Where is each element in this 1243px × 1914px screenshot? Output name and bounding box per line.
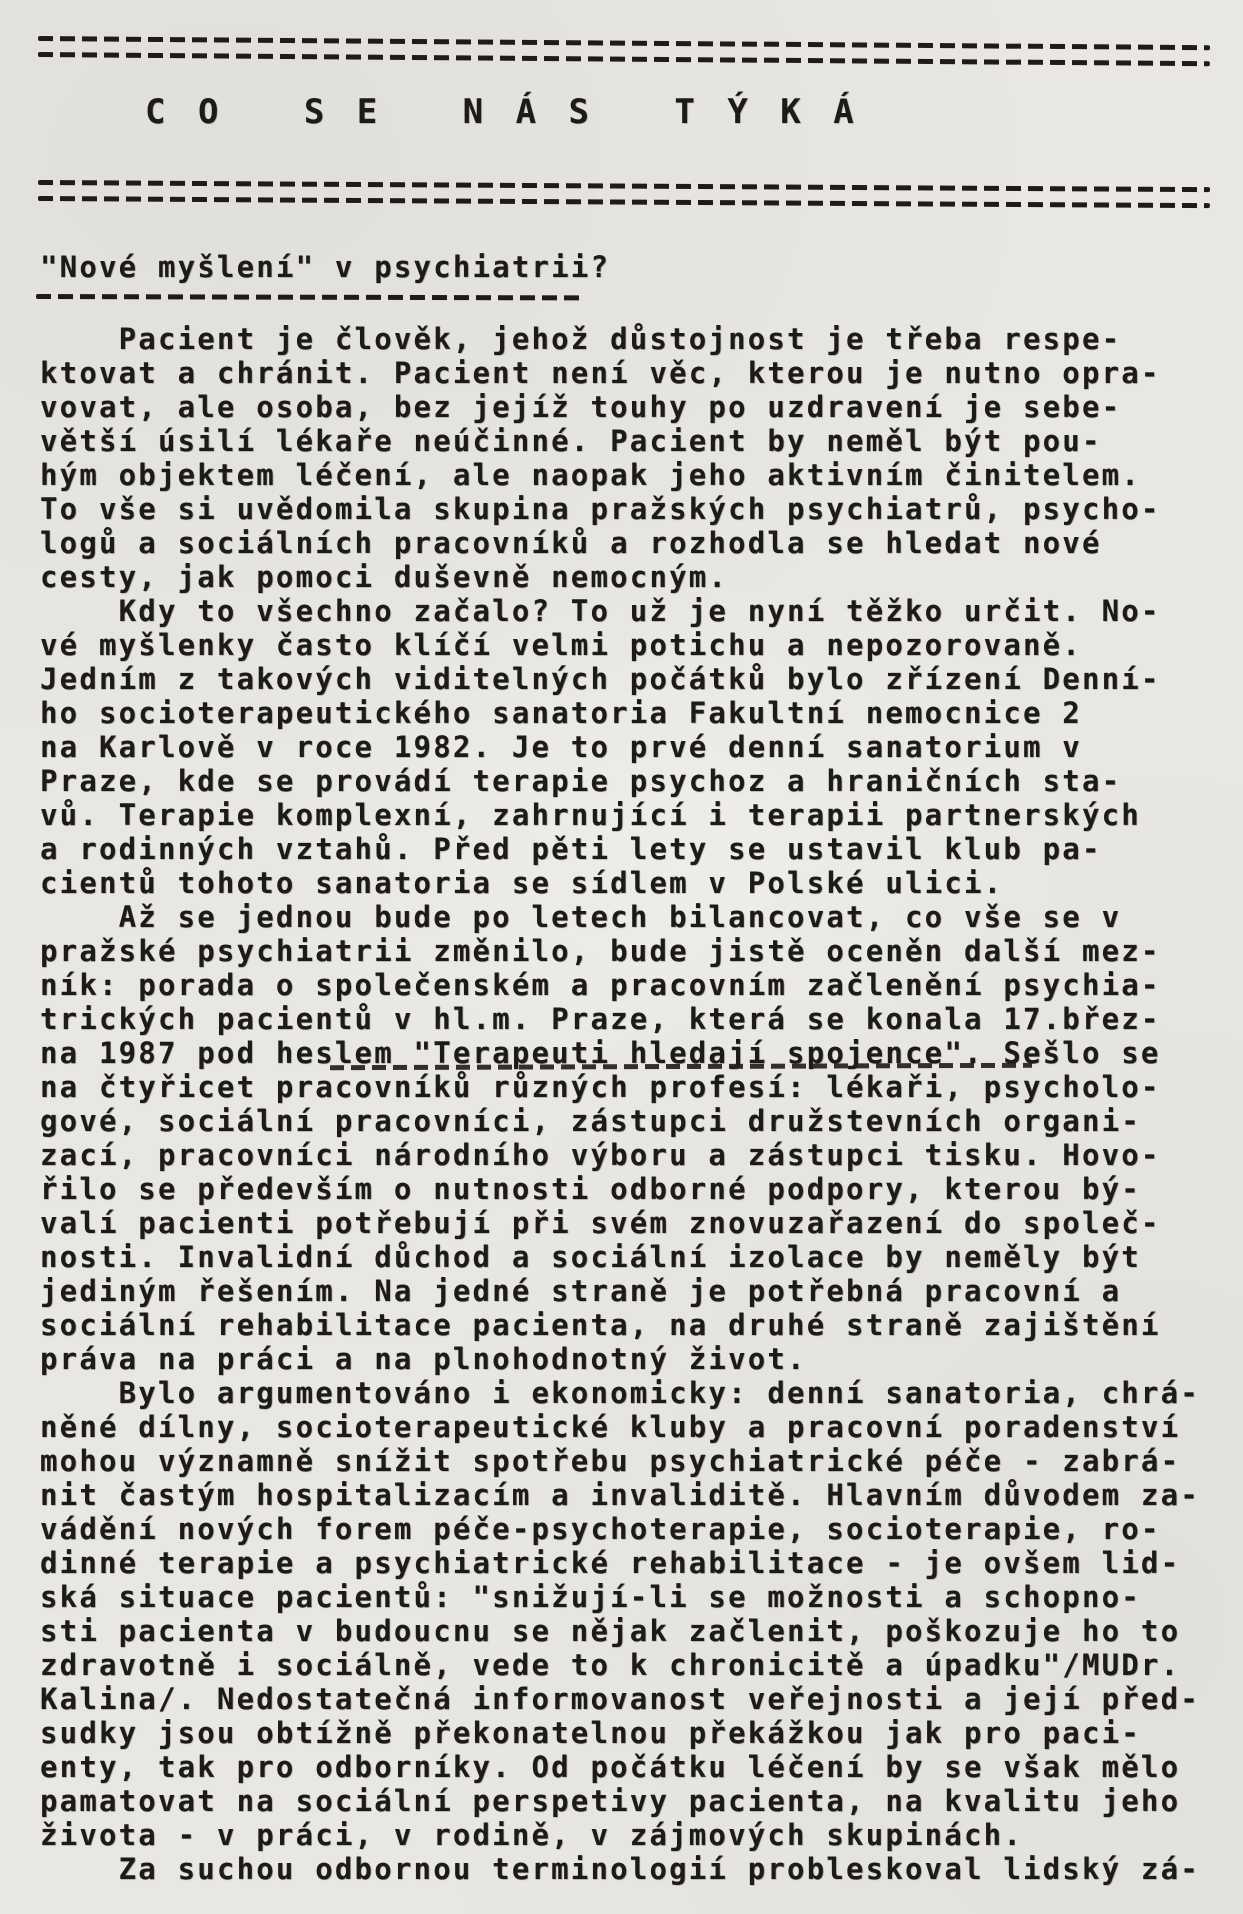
text-line: To vše si uvědomila skupina pražských ps… <box>40 492 1225 526</box>
text-line: Praze, kde se provádí terapie psychoz a … <box>40 764 1225 798</box>
paragraph-2: Kdy to všechno začalo? To už je nyní těž… <box>40 594 1225 900</box>
text-line: zací, pracovníci národního výboru a zást… <box>40 1138 1225 1172</box>
text-line: jediným řešením. Na jedné straně je potř… <box>40 1274 1225 1308</box>
text-line: řilo se především o nutnosti odborné pod… <box>40 1172 1225 1206</box>
text-line: na Karlově v roce 1982. Je to prvé denní… <box>40 730 1225 764</box>
text-line: Kdy to všechno začalo? To už je nyní těž… <box>40 594 1225 628</box>
text-line: dinné terapie a psychiatrické rehabilita… <box>40 1546 1225 1580</box>
text-line: života - v práci, v rodině, v zájmových … <box>40 1818 1225 1852</box>
text-line: ktovat a chránit. Pacient není věc, kter… <box>40 356 1225 390</box>
dash-row <box>38 36 1210 50</box>
section-header-title: C O S E N Á S T Ý K Á <box>145 92 860 132</box>
text-line: práva na práci a na plnohodnotný život. <box>40 1342 1225 1376</box>
text-line: vádění nových forem péče-psychoterapie, … <box>40 1512 1225 1546</box>
text-line: cientů tohoto sanatoria se sídlem v Pols… <box>40 866 1225 900</box>
text-line: zdravotně i sociálně, vede to k chronici… <box>40 1648 1225 1682</box>
paragraph-1: Pacient je člověk, jehož důstojnost je t… <box>40 322 1225 594</box>
double-dashed-rule-top <box>38 36 1210 66</box>
text-line: něné dílny, socioterapeutické kluby a pr… <box>40 1410 1225 1444</box>
paragraph-3: Až se jednou bude po letech bilancovat, … <box>40 900 1225 1376</box>
text-line: sociální rehabilitace pacienta, na druhé… <box>40 1308 1225 1342</box>
double-dashed-rule-bottom <box>38 180 1210 208</box>
dash-row <box>38 180 1210 192</box>
document-page: C O S E N Á S T Ý K Á "Nové myšlení" v p… <box>0 0 1243 1914</box>
text-line: nosti. Invalidní důchod a sociální izola… <box>40 1240 1225 1274</box>
text-line: sti pacienta v budoucnu se nějak začleni… <box>40 1614 1225 1648</box>
text-line: vovat, ale osoba, bez jejíž touhy po uzd… <box>40 390 1225 424</box>
text-line: a rodinných vztahů. Před pěti lety se us… <box>40 832 1225 866</box>
text-line: Bylo argumentováno i ekonomicky: denní s… <box>40 1376 1225 1410</box>
text-line: gové, sociální pracovníci, zástupci druž… <box>40 1104 1225 1138</box>
text-line: na čtyřicet pracovníků různých profesí: … <box>40 1070 1225 1104</box>
text-line: trických pacientů v hl.m. Praze, která s… <box>40 1002 1225 1036</box>
text-line: Až se jednou bude po letech bilancovat, … <box>40 900 1225 934</box>
text-line: logů a sociálních pracovníků a rozhodla … <box>40 526 1225 560</box>
text-line: vů. Terapie komplexní, zahrnující i tera… <box>40 798 1225 832</box>
text-line: pražské psychiatrii změnilo, bude jistě … <box>40 934 1225 968</box>
text-line: cesty, jak pomoci duševně nemocným. <box>40 560 1225 594</box>
text-line: nit častým hospitalizacím a invaliditě. … <box>40 1478 1225 1512</box>
text-line: větší úsilí lékaře neúčinné. Pacient by … <box>40 424 1225 458</box>
text-line: Za suchou odbornou terminologií problesk… <box>40 1852 1225 1886</box>
article-body: Pacient je člověk, jehož důstojnost je t… <box>40 322 1225 1886</box>
text-line: enty, tak pro odborníky. Od počátku léče… <box>40 1750 1225 1784</box>
text-line: vé myšlenky často klíčí velmi potichu a … <box>40 628 1225 662</box>
text-line: sudky jsou obtížně překonatelnou překážk… <box>40 1716 1225 1750</box>
text-line: ská situace pacientů: "snižují-li se mož… <box>40 1580 1225 1614</box>
text-line: valí pacienti potřebují při svém znovuza… <box>40 1206 1225 1240</box>
title-dashed-underline <box>36 294 584 300</box>
dash-row <box>38 52 1210 66</box>
text-line: Kalina/. Nedostatečná informovanost veře… <box>40 1682 1225 1716</box>
text-line: ník: porada o společenském a pracovním z… <box>40 968 1225 1002</box>
article-title: "Nové myšlení" v psychiatrii? <box>40 250 610 284</box>
text-line: mohou významně snížit spotřebu psychiatr… <box>40 1444 1225 1478</box>
text-line: hým objektem léčení, ale naopak jeho akt… <box>40 458 1225 492</box>
text-line: Jedním z takových viditelných počátků by… <box>40 662 1225 696</box>
text-line: pamatovat na sociální perspetivy pacient… <box>40 1784 1225 1818</box>
text-line: Pacient je člověk, jehož důstojnost je t… <box>40 322 1225 356</box>
text-line: ho socioterapeutického sanatoria Fakultn… <box>40 696 1225 730</box>
paragraph-5: Za suchou odbornou terminologií problesk… <box>40 1852 1225 1886</box>
paragraph-4: Bylo argumentováno i ekonomicky: denní s… <box>40 1376 1225 1852</box>
dash-row <box>38 196 1210 208</box>
